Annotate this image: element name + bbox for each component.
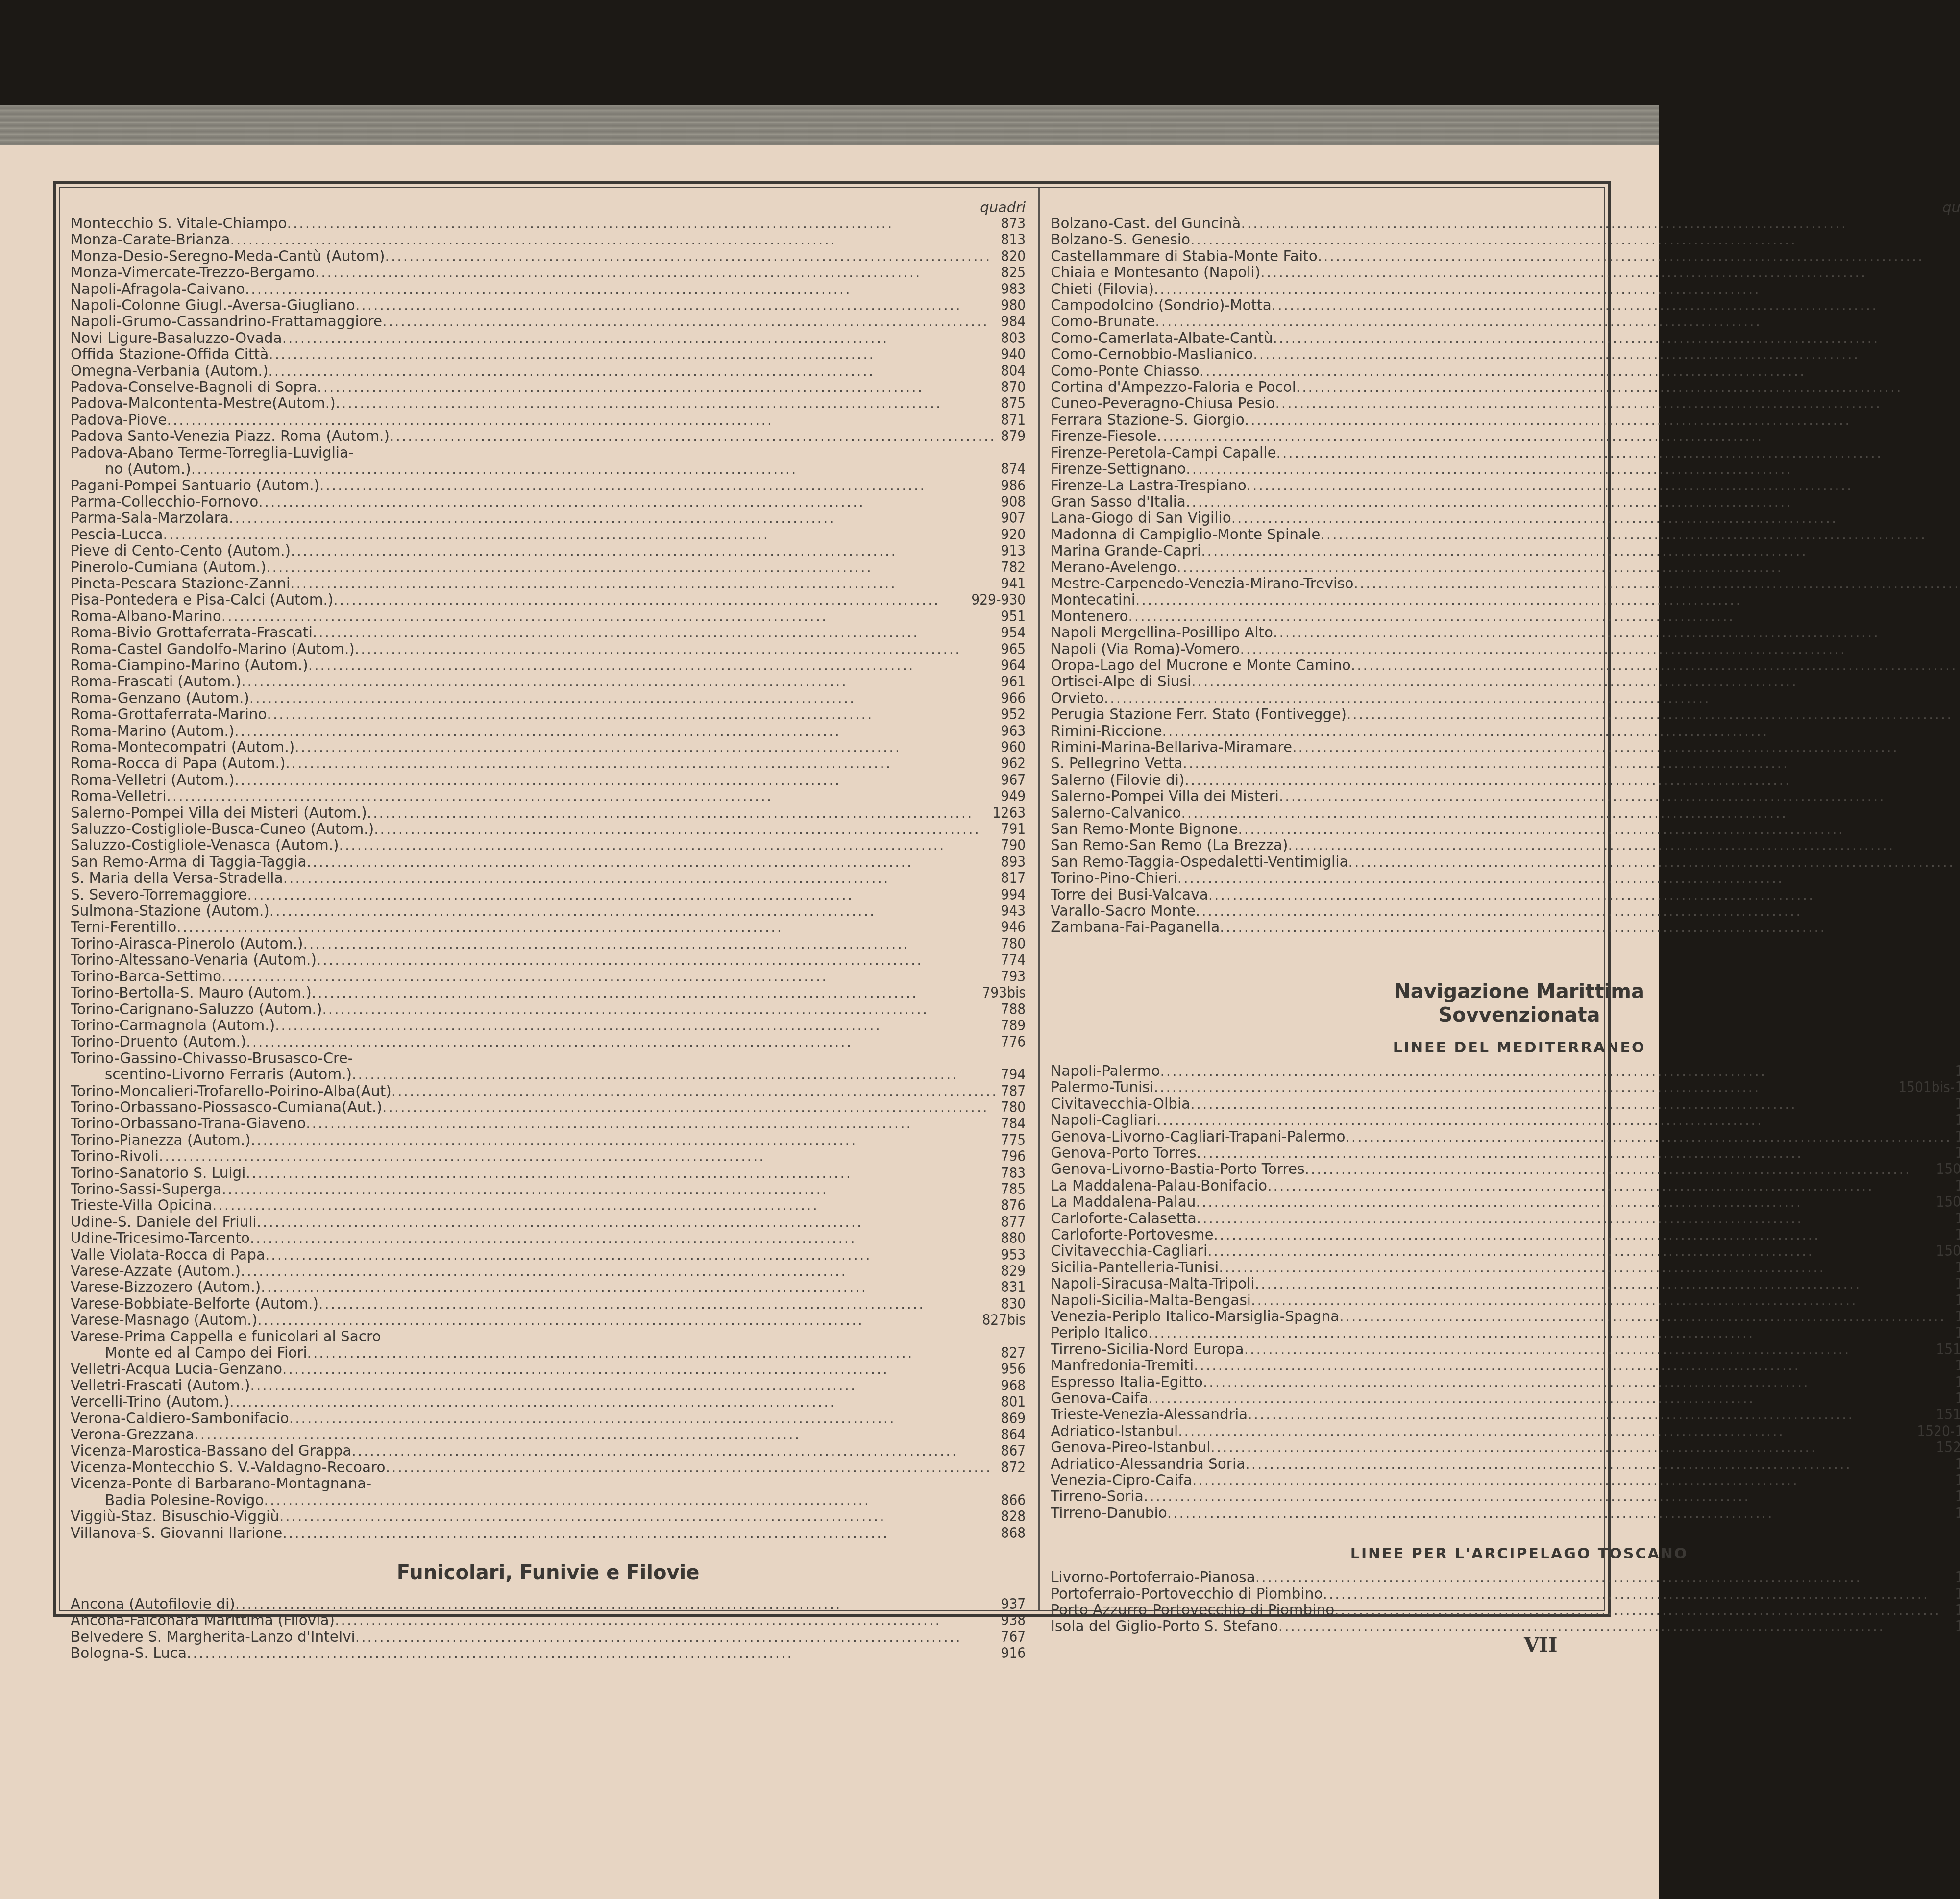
index-entry: Firenze-Settignano924 (1051, 461, 1960, 477)
entry-label: Bologna-S. Luca (71, 1645, 187, 1661)
index-entry: Roma-Albano-Marino951 (71, 609, 1026, 625)
index-entry: Firenze-La Lastra-Trespiano921 (1051, 478, 1960, 494)
index-entry: Portoferraio-Portovecchio di Piombino152… (1051, 1586, 1960, 1602)
index-entry: Padova-Conselve-Bagnoli di Sopra870 (71, 379, 1026, 395)
index-entry: Parma-Sala-Marzolara907 (71, 510, 1026, 526)
index-entry: Firenze-Fiesole922 (1051, 428, 1960, 444)
entry-continuation: Badia Polesine-Rovigo866 (71, 1492, 1026, 1509)
entry-reference: 966 (998, 690, 1026, 706)
entry-reference: 803 (998, 330, 1026, 346)
index-entry: Espresso Italia-Egitto1518 (1051, 1374, 1960, 1390)
entry-label: Genova-Livorno-Bastia-Porto Torres (1051, 1161, 1304, 1177)
entry-reference: 963 (998, 723, 1026, 739)
index-entry: Genova-Livorno-Bastia-Porto Torres1505bi… (1051, 1161, 1960, 1177)
index-entry: Isola del Giglio-Porto S. Stefano1530 (1051, 1618, 1960, 1634)
entry-label-continued: Badia Polesine-Rovigo (105, 1492, 264, 1509)
leader-dots (264, 1492, 998, 1509)
entry-label: Firenze-La Lastra-Trespiano (1051, 478, 1247, 494)
entry-label: Torino-Altessano-Venaria (Autom.) (71, 952, 317, 968)
leader-dots (1181, 805, 1960, 821)
leader-dots (374, 821, 998, 837)
index-entry: Varese-Bizzozero (Autom.)831 (71, 1279, 1026, 1295)
index-entry: Padova-Piove871 (71, 412, 1026, 428)
entry-label: Torino-Airasca-Pinerolo (Autom.) (71, 936, 303, 952)
entry-label: Varese-Masnago (Autom.) (71, 1312, 257, 1328)
leader-dots (392, 1083, 998, 1099)
leader-dots (194, 1427, 998, 1443)
leader-dots (257, 1312, 979, 1328)
index-entry: Carloforte-Portovesme1508 (1051, 1227, 1960, 1243)
entry-label: Napoli-Colonne Giugl.-Aversa-Giugliano (71, 297, 355, 314)
entry-reference: 1508 (1952, 1227, 1960, 1243)
entry-label: Montenero (1051, 609, 1128, 625)
entry-label: Varese-Azzate (Autom.) (71, 1263, 241, 1279)
index-entry: Livorno-Portoferraio-Pianosa1527 (1051, 1569, 1960, 1585)
entry-label: Roma-Grottaferrata-Marino (71, 706, 267, 723)
entry-label: Roma-Bivio Grottaferrata-Frascati (71, 625, 313, 641)
index-entry: Monza-Carate-Brianza813 (71, 232, 1026, 248)
leader-dots (352, 1067, 998, 1083)
entry-reference: 954 (998, 625, 1026, 641)
index-entry: Cortina d'Ampezzo-Faloria e Pocol888 (1051, 379, 1960, 395)
index-entry: Montecchio S. Vitale-Chiampo873 (71, 216, 1026, 232)
entry-label: Trieste-Villa Opicina (71, 1197, 212, 1214)
index-entry: Vicenza-Marostica-Bassano del Grappa867 (71, 1443, 1026, 1459)
entry-list: Livorno-Portoferraio-Pianosa1527Portofer… (1051, 1569, 1960, 1635)
entry-label: Roma-Frascati (Autom.) (71, 674, 241, 690)
entry-reference: 1512 (1952, 1276, 1960, 1292)
entry-reference: 793 (998, 969, 1026, 985)
entry-label: Portoferraio-Portovecchio di Piombino (1051, 1586, 1323, 1602)
entry-reference: 965 (998, 641, 1026, 657)
entry-label: Carloforte-Calasetta (1051, 1211, 1197, 1227)
leader-dots (249, 690, 998, 706)
entry-label: Espresso Italia-Egitto (1051, 1374, 1203, 1390)
leader-dots (1104, 690, 1960, 706)
entry-reference: 784 (998, 1116, 1026, 1132)
index-entry: Gran Sasso d'Italia944 (1051, 494, 1960, 510)
leader-dots (1190, 1096, 1952, 1112)
entry-label: Udine-S. Daniele del Friuli (71, 1214, 257, 1230)
entry-label: Trieste-Venezia-Alessandria (1051, 1407, 1248, 1423)
entry-reference: 1519bis (1933, 1407, 1960, 1423)
leader-dots (279, 1509, 998, 1525)
entry-reference: 983 (998, 281, 1026, 297)
entry-reference: 1515bis (1933, 1341, 1960, 1358)
index-frame: quadri Montecchio S. Vitale-Chiampo873Mo… (53, 181, 1611, 1617)
leader-dots (1191, 674, 1960, 690)
leader-dots (1318, 248, 1960, 265)
entry-reference: 951 (998, 609, 1026, 625)
entry-reference: 828 (998, 1509, 1026, 1525)
entry-label: Carloforte-Portovesme (1051, 1227, 1213, 1243)
entry-label: Roma-Albano-Marino (71, 609, 221, 625)
leader-dots (339, 837, 998, 853)
entry-reference: 831 (998, 1279, 1026, 1295)
leader-dots (351, 1443, 998, 1459)
index-entry: Ortisei-Alpe di Siusi885 (1051, 674, 1960, 690)
leader-dots (282, 1361, 998, 1377)
leader-dots (1231, 510, 1960, 526)
entry-label: Verona-Caldiero-Sambonifacio (71, 1411, 289, 1427)
index-entry: S. Maria della Versa-Stradella817 (71, 870, 1026, 886)
index-entry: Torino-Gassino-Chivasso-Brusasco-Cre-sce… (71, 1050, 1026, 1083)
index-entry: Pagani-Pompei Santuario (Autom.)986 (71, 478, 1026, 494)
entry-label: Roma-Genzano (Autom.) (71, 690, 249, 706)
index-entry: Napoli-Colonne Giugl.-Aversa-Giugliano98… (71, 297, 1026, 314)
index-entry: Tirreno-Sicilia-Nord Europa1515bis (1051, 1341, 1960, 1358)
leader-dots (1276, 445, 1960, 461)
leader-dots (250, 1230, 998, 1246)
entry-reference: 1522 (1952, 1472, 1960, 1488)
leader-dots (283, 870, 998, 886)
index-entry: Bologna-S. Luca916 (71, 1645, 1026, 1661)
index-entry: Cuneo-Peveragno-Chiusa Pesio806 (1051, 395, 1960, 412)
leader-dots (390, 428, 998, 444)
entry-label: Torino-Pianezza (Autom.) (71, 1132, 251, 1148)
entry-reference: 913 (998, 543, 1026, 559)
entry-reference: 1506bis (1933, 1194, 1960, 1210)
entry-reference: 938 (998, 1612, 1026, 1629)
entry-label: Vicenza-Ponte di Barbarano-Montagnana- (71, 1476, 1026, 1492)
index-entry: Varese-Prima Cappella e funicolari al Sa… (71, 1329, 1026, 1362)
leader-dots (251, 1132, 998, 1148)
leader-dots (1255, 1569, 1952, 1585)
index-entry: Terni-Ferentillo946 (71, 919, 1026, 935)
leader-dots (1292, 739, 1960, 755)
index-entry: Roma-Velletri (Autom.)967 (71, 772, 1026, 788)
index-entry: Oropa-Lago del Mucrone e Monte Camino807 (1051, 657, 1960, 674)
index-entry: Manfredonia-Tremiti1516 (1051, 1358, 1960, 1374)
entry-reference: 804 (998, 363, 1026, 379)
entry-label: Padova-Piove (71, 412, 167, 428)
entry-reference: 1529 (1952, 1602, 1960, 1618)
entry-label: Chiaia e Montesanto (Napoli) (1051, 265, 1260, 281)
index-entry: Rimini-Marina-Bellariva-Miramare918 (1051, 739, 1960, 755)
entry-reference: 1523 (1952, 1488, 1960, 1505)
index-entry: Offida Stazione-Offida Città940 (71, 346, 1026, 363)
entry-label: Torino-Pino-Chieri (1051, 870, 1177, 886)
leader-dots (290, 576, 998, 592)
index-entry: Torino-Carmagnola (Autom.)789 (71, 1018, 1026, 1034)
entry-label: Roma-Velletri (71, 788, 166, 804)
entry-label: Adriatico-Istanbul (1051, 1423, 1178, 1439)
entry-label: Torino-Gassino-Chivasso-Brusasco-Cre- (71, 1050, 1026, 1067)
entry-label: Roma-Ciampino-Marino (Autom.) (71, 657, 308, 674)
entry-label: Mestre-Carpenedo-Venezia-Mirano-Treviso (1051, 576, 1353, 592)
entry-label: Madonna di Campiglio-Monte Spinale (1051, 527, 1320, 543)
leader-dots (1275, 395, 1960, 412)
entry-reference: 875 (998, 395, 1026, 412)
leader-dots (221, 1181, 998, 1197)
leader-dots (1288, 837, 1960, 853)
entry-label: Napoli-Afragola-Caivano (71, 281, 245, 297)
entry-label: Montecchio S. Vitale-Chiampo (71, 216, 287, 232)
leader-dots (303, 936, 998, 952)
index-entry: La Maddalena-Palau-Bonifacio1506 (1051, 1178, 1960, 1194)
index-entry: Pisa-Pontedera e Pisa-Calci (Autom.)929-… (71, 592, 1026, 608)
leader-dots (336, 395, 998, 412)
entry-label: Civitavecchia-Olbia (1051, 1096, 1190, 1112)
index-entry: Torino-Moncalieri-Trofarello-Poirino-Alb… (71, 1083, 1026, 1099)
entry-reference: 1501bis-1509 (1895, 1079, 1960, 1096)
index-entry: Roma-Montecompatri (Autom.)960 (71, 739, 1026, 755)
leader-dots (289, 1411, 998, 1427)
index-entry: Velletri-Acqua Lucia-Genzano956 (71, 1361, 1026, 1377)
leader-dots (307, 854, 998, 870)
entry-reference: 879 (998, 428, 1026, 444)
leader-dots (269, 903, 998, 919)
leader-dots (319, 478, 998, 494)
entry-reference: 1513 (1952, 1292, 1960, 1309)
leader-dots (1196, 1194, 1933, 1210)
index-entry: Genova-Porto Torres1505 (1051, 1145, 1960, 1161)
leader-dots (247, 887, 998, 903)
leader-dots (1190, 232, 1960, 248)
entry-label: Varese-Bobbiate-Belforte (Autom.) (71, 1296, 318, 1312)
entry-label: Torre dei Busi-Valcava (1051, 887, 1208, 903)
entry-label: Vercelli-Trino (Autom.) (71, 1394, 229, 1410)
index-entry: Varese-Masnago (Autom.)827bis (71, 1312, 1026, 1328)
index-entry: Trieste-Venezia-Alessandria1519bis (1051, 1407, 1960, 1423)
entry-reference: 952 (998, 706, 1026, 723)
entry-label: Periplo Italico (1051, 1325, 1148, 1341)
index-entry: Vicenza-Montecchio S. V.-Valdagno-Recoar… (71, 1460, 1026, 1476)
entry-reference: 789 (998, 1018, 1026, 1034)
title-line: Navigazione Marittima (1051, 980, 1960, 1003)
index-entry: Bolzano-S. Genesio884 (1051, 232, 1960, 248)
index-entry: Torino-Bertolla-S. Mauro (Autom.)793bis (71, 985, 1026, 1001)
entry-reference: 787 (998, 1083, 1026, 1099)
section-title-funicolari: Funicolari, Funivie e Filovie (71, 1561, 1026, 1584)
index-entry: Como-Camerlata-Albate-Cantù850 (1051, 330, 1960, 346)
index-entry: Padova Santo-Venezia Piazz. Roma (Autom.… (71, 428, 1026, 444)
section-title-toscano: LINEE PER L'ARCIPELAGO TOSCANO (1051, 1546, 1960, 1562)
leader-dots (1128, 609, 1960, 625)
index-entry: La Maddalena-Palau1506bis (1051, 1194, 1960, 1210)
index-entry: Salerno (Filovie di)987 (1051, 772, 1960, 788)
index-entry: Tirreno-Soria1523 (1051, 1488, 1960, 1505)
entry-reference: 820 (998, 248, 1026, 265)
entry-reference: 870 (998, 379, 1026, 395)
index-entry: Mestre-Carpenedo-Venezia-Mirano-Treviso8… (1051, 576, 1960, 592)
entry-label: Campodolcino (Sondrio)-Motta (1051, 297, 1272, 314)
entry-label: Manfredonia-Tremiti (1051, 1358, 1194, 1374)
index-entry: Napoli-Sicilia-Malta-Bengasi1513 (1051, 1292, 1960, 1309)
leader-dots (1194, 1358, 1952, 1374)
leader-dots (1177, 870, 1960, 886)
entry-reference: 1263 (990, 805, 1026, 821)
entry-label: Padova-Conselve-Bagnoli di Sopra (71, 379, 317, 395)
index-entry: Salerno-Pompei Villa dei Misteri989 (1051, 788, 1960, 804)
leader-dots (1197, 1145, 1952, 1161)
entry-reference: 916 (998, 1645, 1026, 1661)
entry-label: Torino-Sanatorio S. Luigi (71, 1165, 245, 1181)
leader-dots (191, 461, 998, 477)
index-entry: San Remo-San Remo (La Brezza)895 (1051, 837, 1960, 853)
index-entry: Pieve di Cento-Cento (Autom.)913 (71, 543, 1026, 559)
entry-label: Oropa-Lago del Mucrone e Monte Camino (1051, 657, 1351, 674)
index-entry: Castellammare di Stabia-Monte Faito991 (1051, 248, 1960, 265)
entry-label: S. Pellegrino Vetta (1051, 755, 1182, 772)
index-entry: Ancona (Autofilovie di)937 (71, 1596, 1026, 1612)
index-entry: Marina Grande-Capri992 (1051, 543, 1960, 559)
entry-label: Firenze-Fiesole (1051, 428, 1157, 444)
entry-label: Bolzano-S. Genesio (1051, 232, 1190, 248)
entry-label: San Remo-Taggia-Ospedaletti-Ventimiglia (1051, 854, 1348, 870)
entry-reference: 1515 (1952, 1325, 1960, 1341)
entry-label: Ancona-Falconara Marittima (Filovia) (71, 1612, 335, 1629)
index-entry: Como-Cernobbio-Maslianico852 (1051, 346, 1960, 363)
leader-dots (1200, 363, 1960, 379)
entry-label: Pagani-Pompei Santuario (Autom.) (71, 478, 319, 494)
leader-dots (382, 1099, 998, 1116)
index-entry: Como-Ponte Chiasso851 (1051, 363, 1960, 379)
index-entry: Monza-Vimercate-Trezzo-Bergamo825 (71, 265, 1026, 281)
index-entry: Roma-Castel Gandolfo-Marino (Autom.)965 (71, 641, 1026, 657)
index-entry: Salerno-Pompei Villa dei Misteri (Autom.… (71, 805, 1026, 821)
entry-label: Napoli-Palermo (1051, 1063, 1160, 1079)
index-entry: Pineta-Pescara Stazione-Zanni941 (71, 576, 1026, 592)
entry-label: Torino-Bertolla-S. Mauro (Autom.) (71, 985, 312, 1001)
leader-dots (1273, 330, 1960, 346)
leader-dots (266, 560, 998, 576)
leader-dots (1135, 592, 1960, 608)
leader-dots (235, 1596, 998, 1612)
index-entry: Saluzzo-Costigliole-Busca-Cuneo (Autom.)… (71, 821, 1026, 837)
entry-reference: 830 (998, 1296, 1026, 1312)
index-entry: Roma-Rocca di Papa (Autom.)962 (71, 755, 1026, 772)
index-entry: Firenze-Peretola-Campi Capalle923 (1051, 445, 1960, 461)
leader-dots (176, 919, 998, 935)
leader-dots (335, 1612, 998, 1629)
entry-label: Roma-Castel Gandolfo-Marino (Autom.) (71, 641, 355, 657)
entry-label-continued: Monte ed al Campo dei Fiori (105, 1345, 307, 1361)
entry-label: Genova-Porto Torres (1051, 1145, 1197, 1161)
leader-dots (275, 1018, 998, 1034)
index-entry: Padova-Malcontenta-Mestre(Autom.)875 (71, 395, 1026, 412)
entry-reference: 1524 (1952, 1505, 1960, 1521)
leader-dots (285, 755, 998, 772)
index-entry: Roma-Marino (Autom.)963 (71, 723, 1026, 739)
entry-label: Torino-Orbassano-Trana-Giaveno (71, 1116, 306, 1132)
leader-dots (1176, 560, 1960, 576)
index-entry: Merano-Avelengo881 (1051, 560, 1960, 576)
leader-dots (1272, 297, 1960, 314)
leader-dots (1345, 1129, 1952, 1145)
index-entry: Roma-Frascati (Autom.)961 (71, 674, 1026, 690)
entry-list: Montecchio S. Vitale-Chiampo873Monza-Car… (71, 216, 1026, 1541)
entry-reference: 872 (998, 1460, 1026, 1476)
index-entry: Torino-Sassi-Superga785 (71, 1181, 1026, 1197)
leader-dots (1253, 346, 1960, 363)
entry-continuation: Monte ed al Campo dei Fiori827 (71, 1345, 1026, 1361)
entry-reference: 946 (998, 919, 1026, 935)
index-entry: Viggiù-Staz. Bisuschio-Viggiù828 (71, 1509, 1026, 1525)
leader-dots (1214, 1227, 1952, 1243)
leader-dots (1219, 1260, 1952, 1276)
index-entry: S. Severo-Torremaggiore994 (71, 887, 1026, 903)
leader-dots (268, 363, 998, 379)
entry-label: Merano-Avelengo (1051, 560, 1176, 576)
entry-label: Salerno-Pompei Villa dei Misteri (1051, 788, 1279, 804)
entry-label: Novi Ligure-Basaluzzo-Ovada (71, 330, 282, 346)
entry-reference: 1505 (1952, 1145, 1960, 1161)
index-entry: Como-Brunate854 (1051, 314, 1960, 330)
entry-label: Genova-Livorno-Cagliari-Trapani-Palermo (1051, 1129, 1345, 1145)
entry-reference: 964 (998, 657, 1026, 674)
index-entry: Venezia-Cipro-Caifa1522 (1051, 1472, 1960, 1488)
entry-label: Villanova-S. Giovanni Ilarione (71, 1525, 282, 1541)
entry-reference: 864 (998, 1427, 1026, 1443)
leader-dots (1267, 1178, 1952, 1194)
entry-label: Varese-Prima Cappella e funicolari al Sa… (71, 1329, 1026, 1345)
entry-label: Napoli-Cagliari (1051, 1112, 1156, 1128)
entry-label: Roma-Marino (Autom.) (71, 723, 234, 739)
leader-dots (1354, 576, 1960, 592)
entry-reference: 1530 (1952, 1618, 1960, 1634)
index-column-1: quadri Montecchio S. Vitale-Chiampo873Mo… (60, 188, 1040, 1610)
index-entry: Roma-Genzano (Autom.)966 (71, 690, 1026, 706)
leader-dots (221, 969, 998, 985)
leader-dots (313, 625, 998, 641)
entry-label: S. Maria della Versa-Stradella (71, 870, 283, 886)
entry-label: Roma-Montecompatri (Autom.) (71, 739, 294, 755)
entry-reference: 893 (998, 854, 1026, 870)
index-entry: Ancona-Falconara Marittima (Filovia)938 (71, 1612, 1026, 1629)
index-entry: Torino-Barca-Settimo793 (71, 969, 1026, 985)
leader-dots (261, 1279, 998, 1295)
entry-label: Torino-Sassi-Superga (71, 1181, 221, 1197)
leader-dots (355, 297, 998, 314)
leader-dots (258, 494, 998, 510)
leader-dots (312, 985, 980, 1001)
leader-dots (241, 1263, 998, 1279)
entry-reference: 1521 (1952, 1456, 1960, 1472)
entry-label: Viggiù-Staz. Bisuschio-Viggiù (71, 1509, 279, 1525)
leader-dots (1251, 1292, 1952, 1309)
index-entry: Torino-Pianezza (Autom.)775 (71, 1132, 1026, 1148)
index-entry: Zambana-Fai-Paganella882 (1051, 919, 1960, 935)
entry-reference: 1503 (1952, 1112, 1960, 1128)
entry-reference: 877 (998, 1214, 1026, 1230)
leader-dots (1245, 1456, 1952, 1472)
entry-label: Civitavecchia-Cagliari (1051, 1243, 1207, 1259)
entry-label: Como-Cernobbio-Maslianico (1051, 346, 1253, 363)
leader-dots (317, 379, 998, 395)
index-entry: Montecatini928 (1051, 592, 1960, 608)
entry-reference: 984 (998, 314, 1026, 330)
entry-label: Montecatini (1051, 592, 1135, 608)
entry-label: Torino-Carmagnola (Autom.) (71, 1018, 275, 1034)
leader-dots (246, 1034, 998, 1050)
entry-label: Omegna-Verbania (Autom.) (71, 363, 268, 379)
section-title-navigazione-marittima: Navigazione Marittima Sovvenzionata (1051, 980, 1960, 1027)
entry-reference: 908 (998, 494, 1026, 510)
entry-label: Tirreno-Sicilia-Nord Europa (1051, 1341, 1244, 1358)
index-entry: Torino-Altessano-Venaria (Autom.)774 (71, 952, 1026, 968)
index-entry: Verona-Grezzana864 (71, 1427, 1026, 1443)
index-entry: Venezia-Periplo Italico-Marsiglia-Spagna… (1051, 1309, 1960, 1325)
entry-label: Monza-Desio-Seregno-Meda-Cantù (Autom) (71, 248, 385, 265)
index-entry: Pescia-Lucca920 (71, 527, 1026, 543)
entry-label: Napoli-Grumo-Cassandrino-Frattamaggiore (71, 314, 382, 330)
entry-label: Salerno-Calvanico (1051, 805, 1181, 821)
entry-label: Ortisei-Alpe di Siusi (1051, 674, 1191, 690)
entry-label: Udine-Tricesimo-Tarcento (71, 1230, 250, 1246)
entry-reference: 1518 (1952, 1374, 1960, 1390)
leader-dots (1144, 1488, 1952, 1505)
